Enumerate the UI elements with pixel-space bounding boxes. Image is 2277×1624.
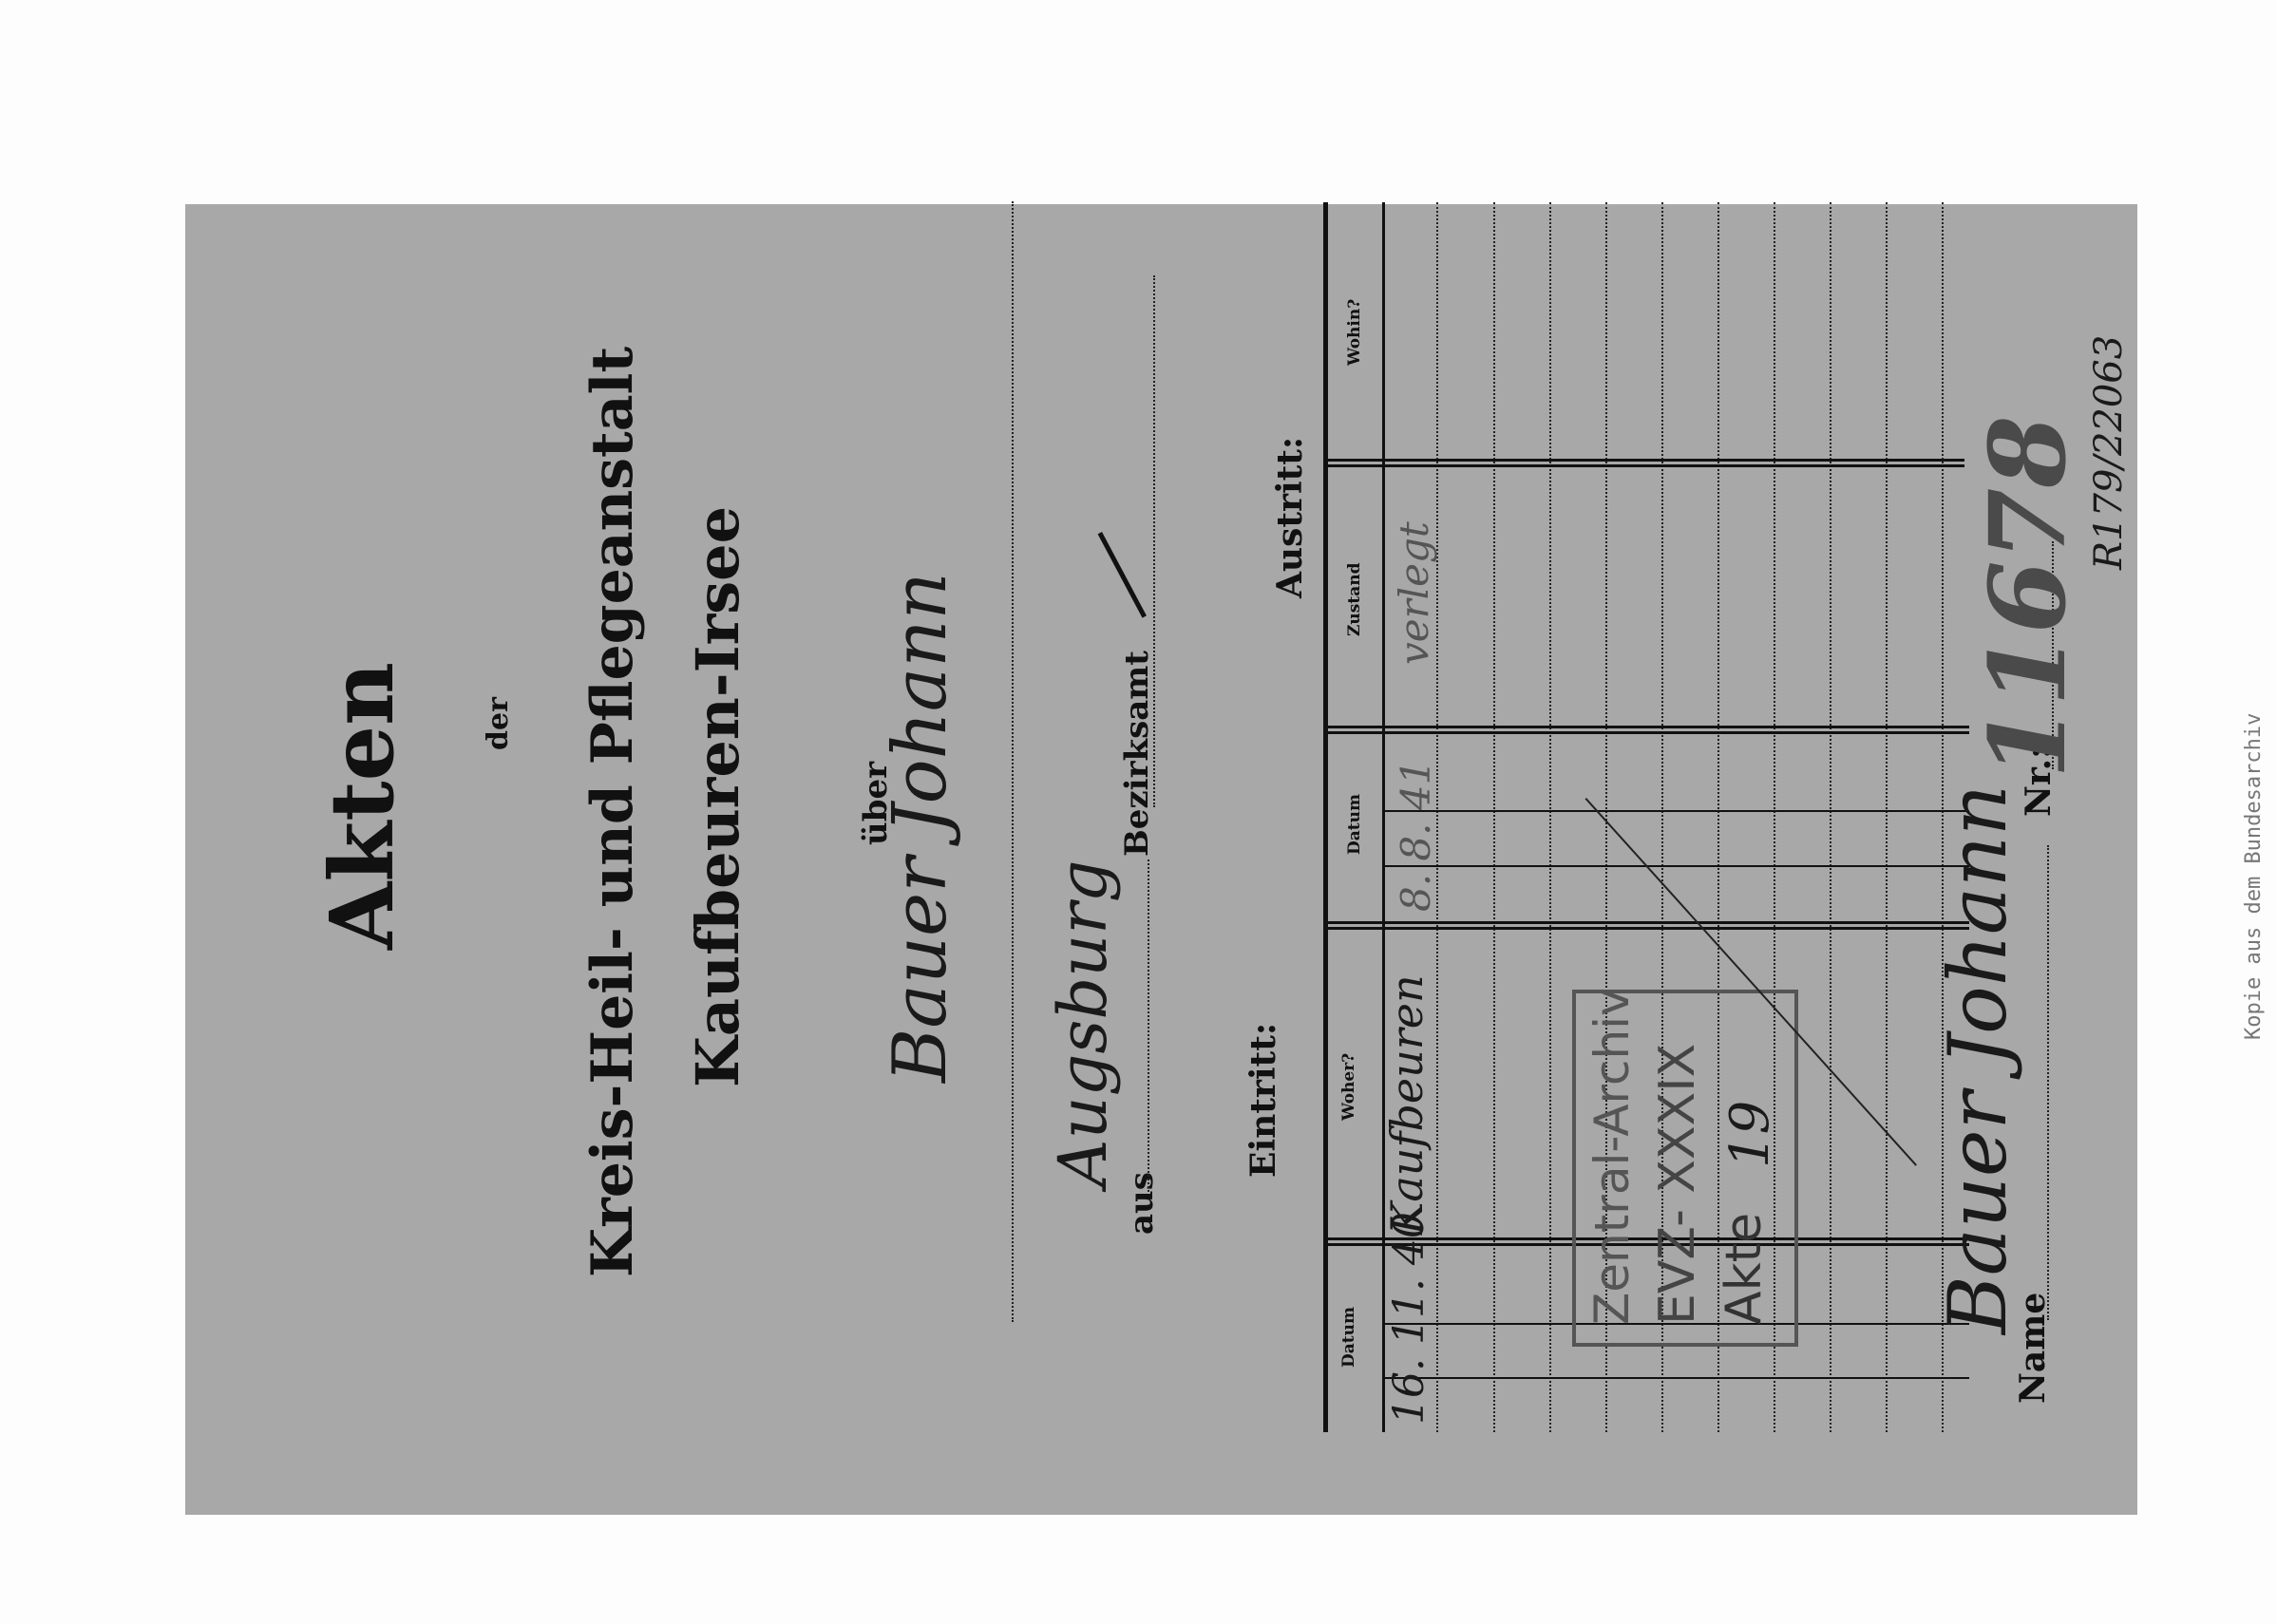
austritt-datum-line	[1382, 810, 1969, 812]
eintritt-datum-value: 16. 11. 40	[1389, 1212, 1431, 1425]
name-value: Bauer Johann	[1938, 784, 2018, 1334]
name-dotted-line	[2047, 845, 2049, 1320]
aus-dotted-line	[1148, 859, 1149, 1192]
bezirksamt-dotted-line	[1153, 275, 1155, 807]
table-row-line	[1549, 202, 1551, 1432]
stamp-line1: Zentral-Archiv	[1588, 988, 1636, 1325]
institution-line1: Kreis-Heil- und Pflegeanstalt	[584, 347, 641, 1277]
document-page	[185, 204, 2137, 1515]
table-left-border	[1323, 202, 1328, 1432]
eintritt-label: Eintritt:	[1246, 1023, 1281, 1178]
ueber-value: Bauer Johann	[883, 572, 958, 1083]
austritt-eintritt-divider	[1323, 921, 1969, 930]
header-zustand: Zustand	[1347, 563, 1363, 636]
aus-label: aus	[1126, 1172, 1158, 1235]
header-wohin: Wohin?	[1347, 299, 1363, 366]
institution-line2: Kaufbeuren-Irsee	[689, 506, 748, 1087]
table-row-line	[1886, 202, 1888, 1432]
stamp-line2: EVZ- XXXIX	[1653, 1044, 1702, 1325]
table-row-line	[1830, 202, 1831, 1432]
watermark-text: Kopie aus dem Bundesarchiv	[2244, 713, 2265, 1040]
table-row-line	[1493, 202, 1495, 1432]
header-austritt-datum: Datum	[1347, 794, 1363, 855]
header-eintritt-datum: Datum	[1341, 1307, 1357, 1368]
austritt-zustand-value: verlegt	[1395, 521, 1434, 665]
austritt-label: Austritt:	[1273, 437, 1307, 598]
eintritt-woher-value: Kaufbeuren	[1385, 974, 1429, 1235]
bezirksamt-label: Bezirksamt	[1121, 651, 1153, 857]
ueber-dotted-line	[1012, 201, 1014, 1322]
austritt-wohin-divider	[1323, 459, 1964, 467]
austritt-zustand-divider	[1323, 726, 1969, 734]
stamp-akte-number: 19	[1724, 1101, 1777, 1168]
stamp-line3: Akte	[1719, 1213, 1769, 1325]
header-woher: Woher?	[1341, 1053, 1357, 1121]
archive-signature: R179/22063	[2090, 335, 2128, 570]
aus-value: Augsburg	[1050, 859, 1116, 1187]
austritt-datum-line	[1382, 865, 1969, 867]
eintritt-datum-line	[1382, 1377, 1969, 1379]
form-title: Akten	[318, 662, 406, 950]
nr-value: 11678	[1976, 415, 2080, 779]
austritt-datum-value: 8. 8. 41	[1396, 760, 1436, 912]
form-der: der	[484, 697, 513, 750]
